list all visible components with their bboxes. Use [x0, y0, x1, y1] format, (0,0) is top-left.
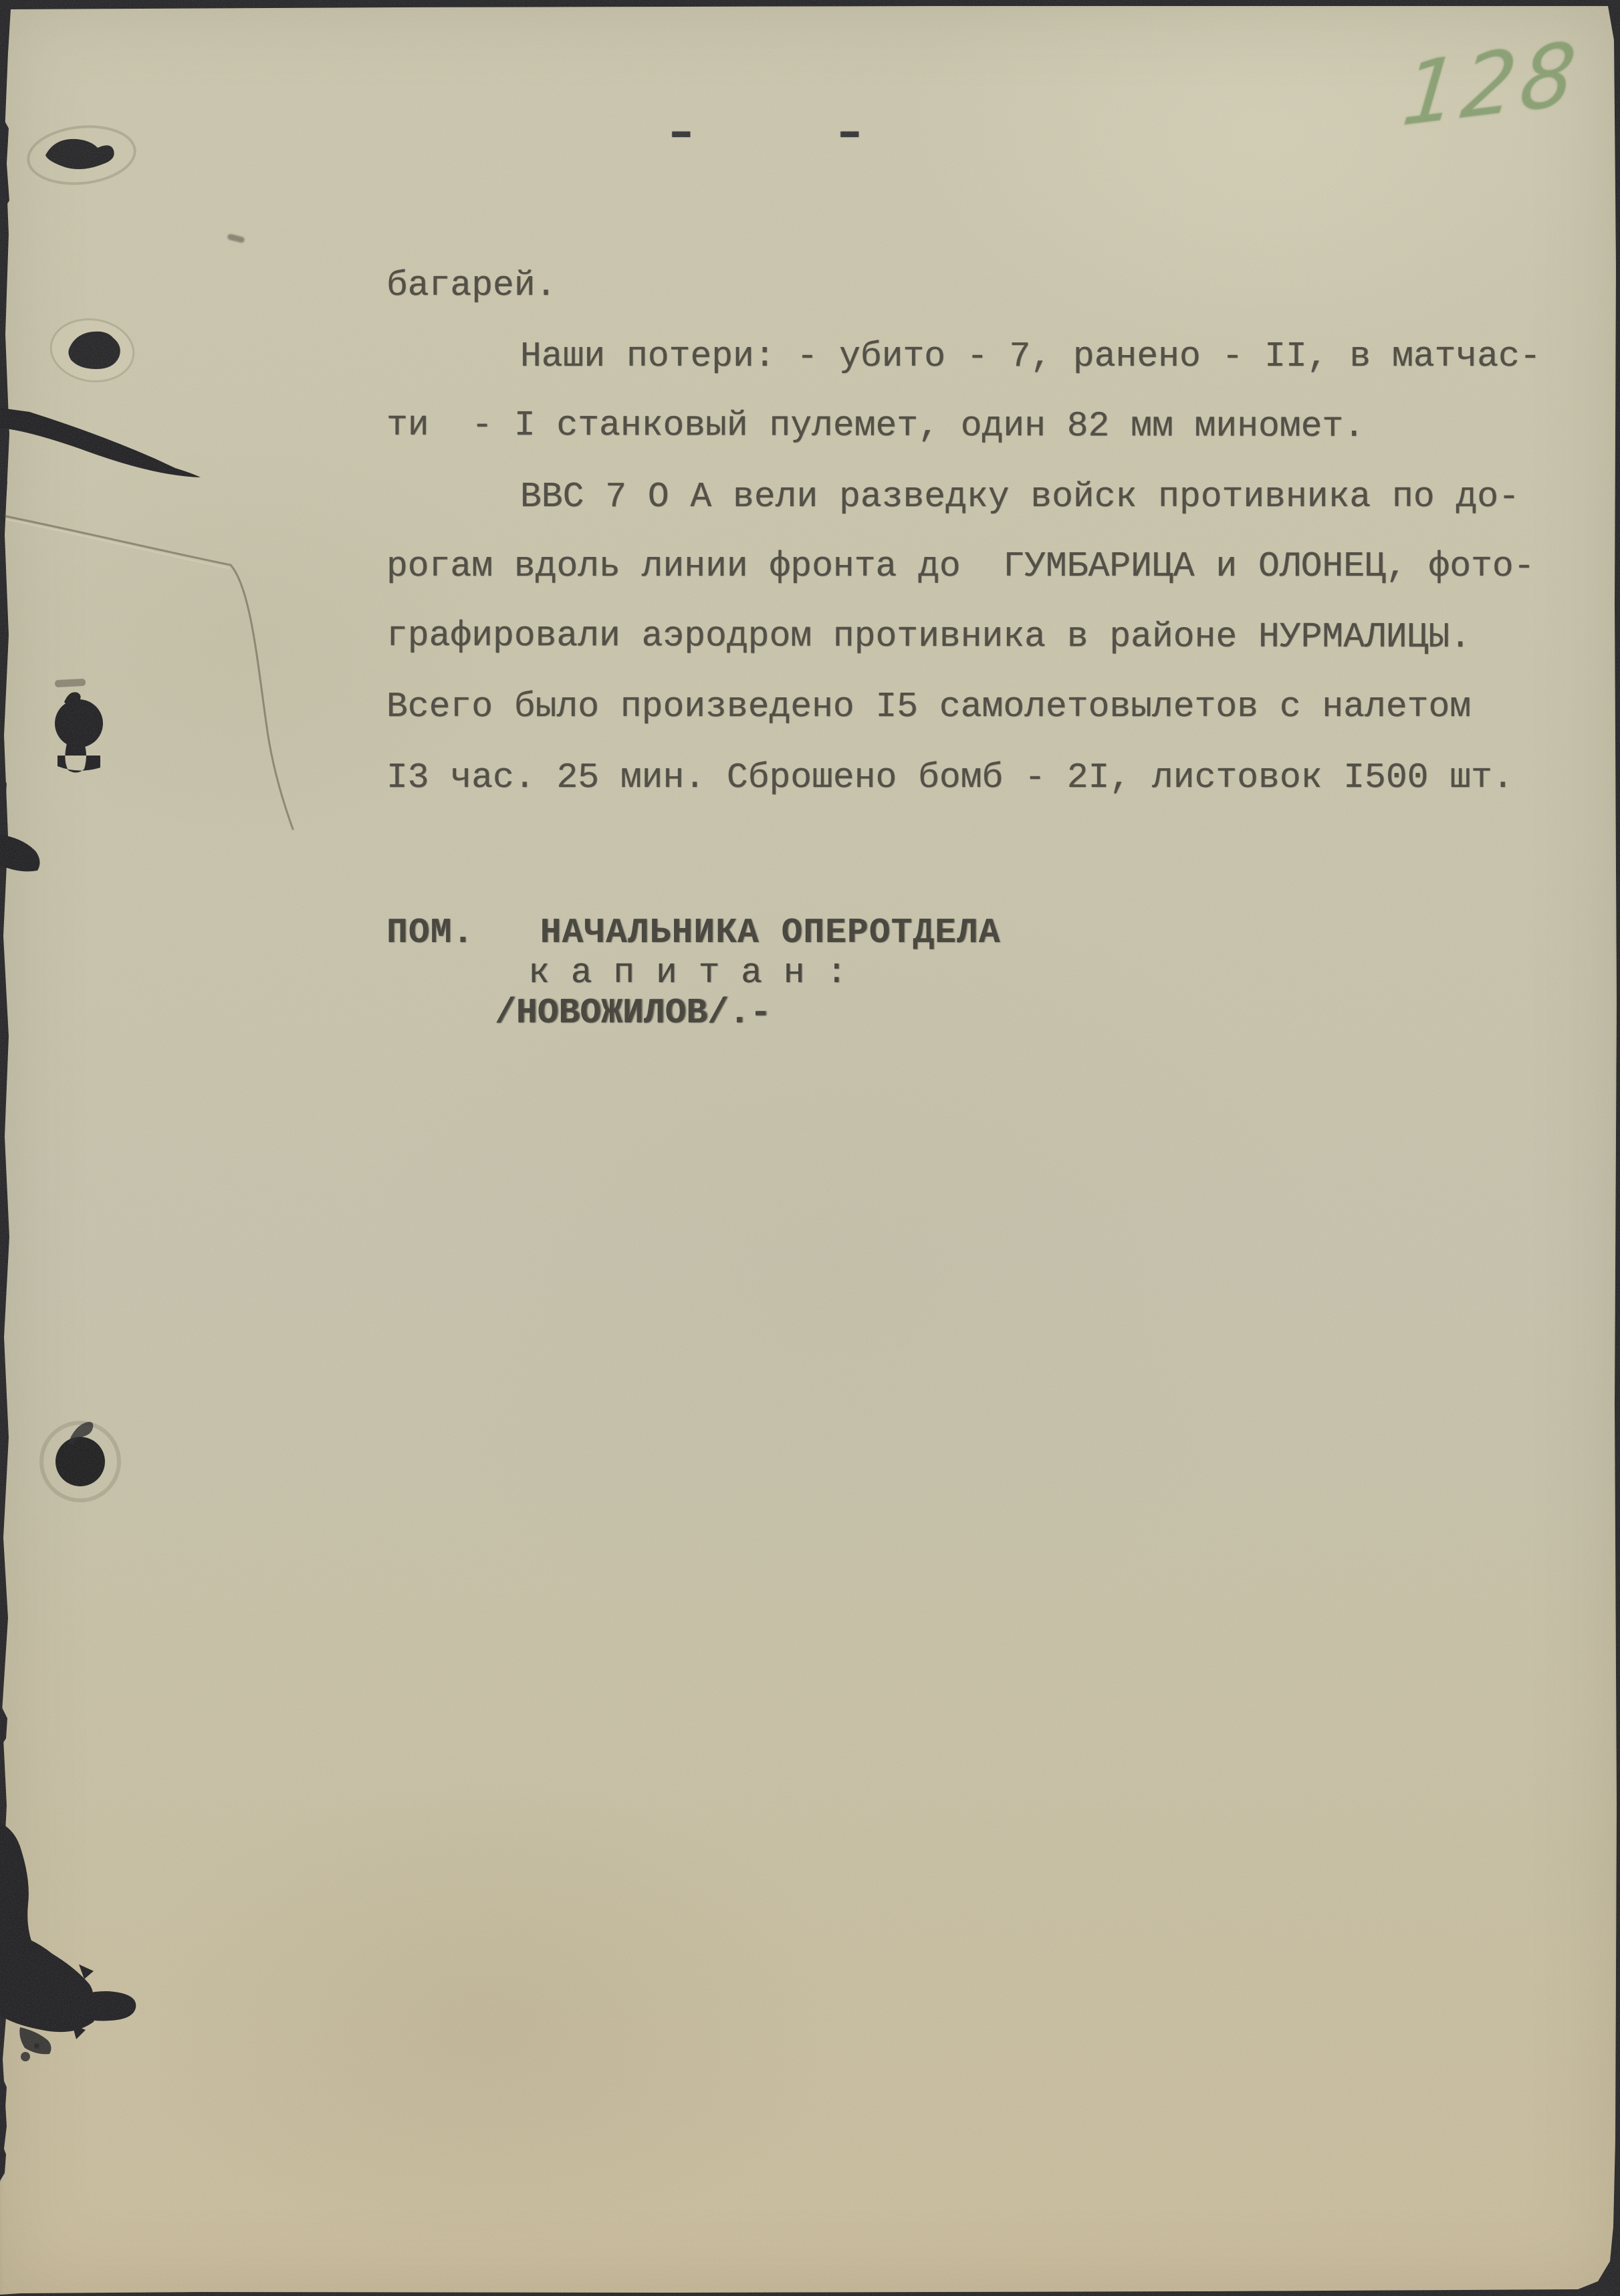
typed-paragraph-lines: багарей.Наши потери: - убито - 7, ранено… — [386, 251, 1590, 812]
typed-line: Всего было произведено I5 самолетовылето… — [386, 672, 1590, 742]
signature-name-line: /НОВОЖИЛОВ/.- — [386, 993, 1322, 1033]
typed-line: ти - I станковый пулемет, один 82 мм мин… — [386, 390, 1590, 463]
typed-line: ВВС 7 О А вели разведку войск противника… — [386, 462, 1590, 532]
scanned-document: { "page": { "number_handwritten": "128",… — [0, 0, 1620, 2296]
signature-rank-line: к а п и т а н : — [386, 953, 1322, 993]
typed-dash-right: - — [830, 107, 869, 160]
signature-block: ПОМ. НАЧАЛЬНИКА ОПЕРОТДЕЛА к а п и т а н… — [386, 913, 1322, 1033]
typed-line: графировали аэродром противника в районе… — [386, 601, 1590, 673]
typed-line: рогам вдоль линии фронта до ГУМБАРИЦА и … — [386, 532, 1590, 602]
typed-dash-left: - — [662, 107, 700, 160]
typed-line: багарей. — [386, 251, 1590, 321]
typed-line: I3 час. 25 мин. Сброшено бомб - 2I, лист… — [386, 743, 1590, 813]
typed-line: Наши потери: - убито - 7, ранено - II, в… — [386, 322, 1590, 392]
signature-title-line: ПОМ. НАЧАЛЬНИКА ОПЕРОТДЕЛА — [386, 913, 1322, 953]
